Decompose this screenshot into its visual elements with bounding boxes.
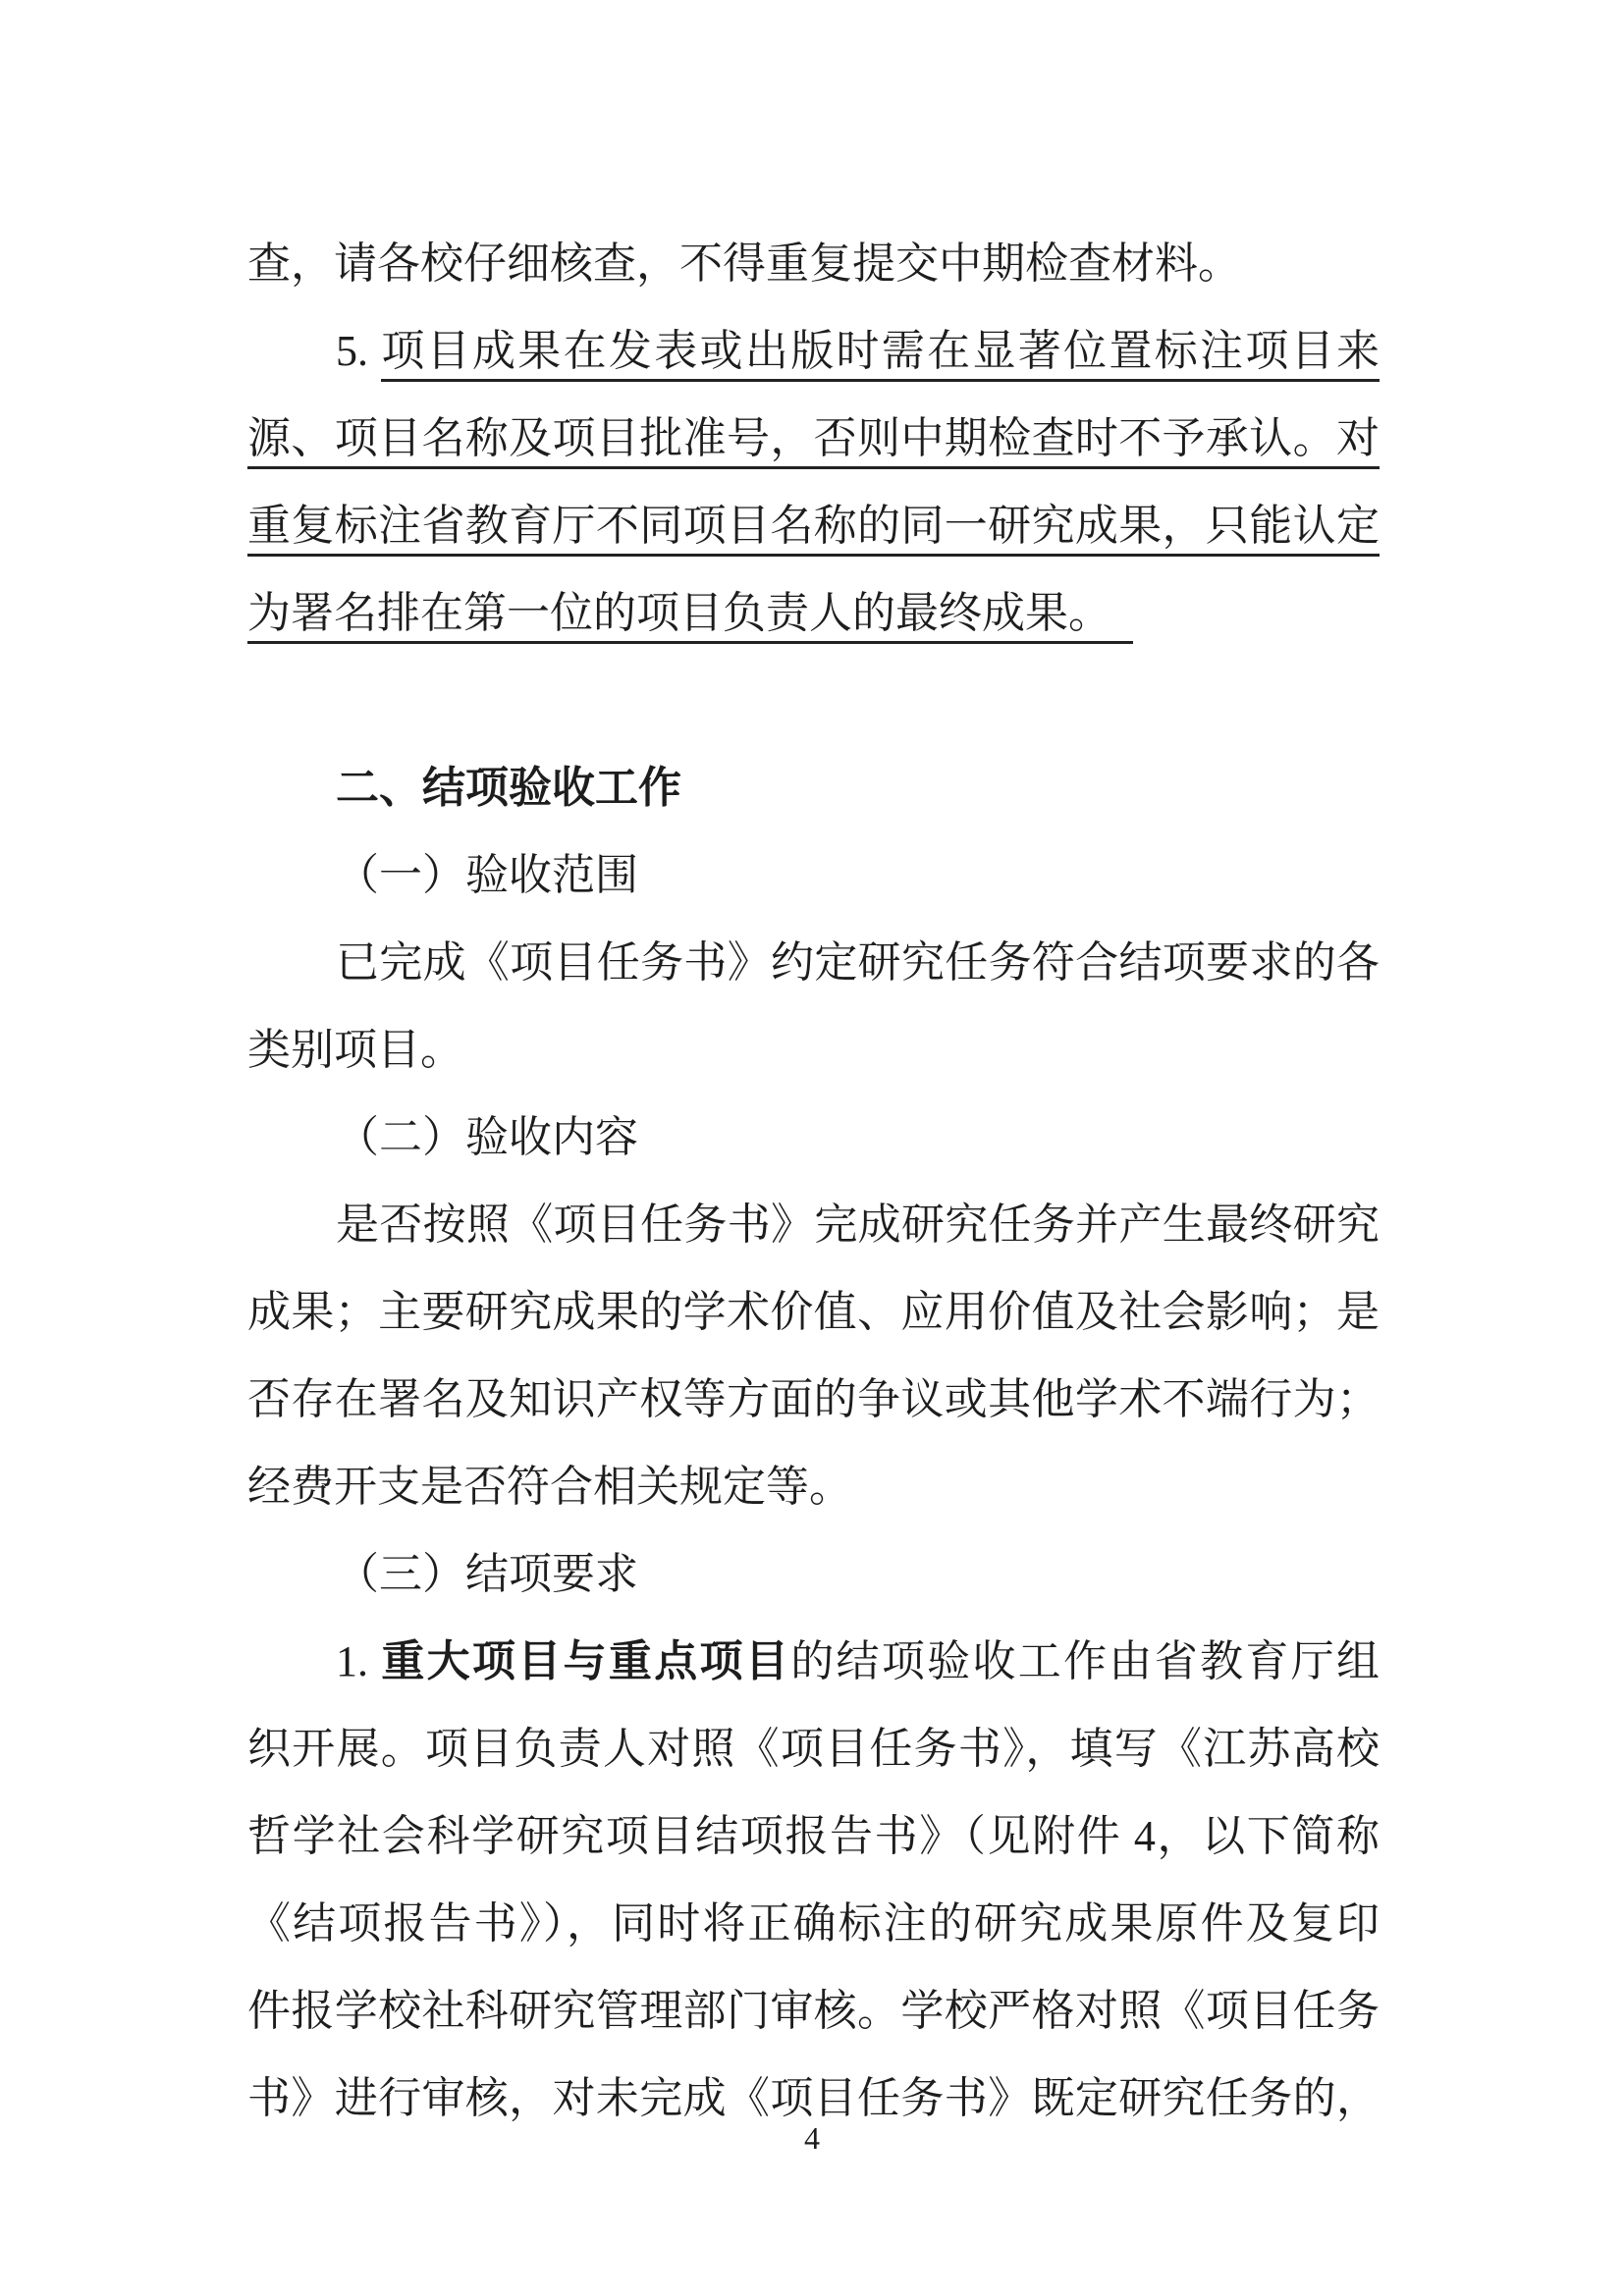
text-segment: 件报学校社科研究管理部门审核。学校严格对照《项目任务 [247,1987,1380,2035]
document-line: （二）验收内容 [247,1094,1380,1181]
text-segment: 的结项验收工作由省教育厅组 [790,1637,1380,1685]
section-heading: 二、结项验收工作 [247,744,1380,831]
document-line: （三）结项要求 [247,1530,1380,1618]
text-segment: 为署名排在第一位的项目负责人的最终成果。 [247,589,1090,644]
text-segment: 哲学社会科学研究项目结项报告书》（见附件 4，以下简称 [247,1812,1380,1860]
document-line: 重复标注省教育厅不同项目名称的同一研究成果，只能认定 [247,482,1380,569]
text-segment [1090,589,1133,644]
document-line: 查，请各校仔细核查，不得重复提交中期检查材料。 [247,220,1380,307]
blank-line [247,657,1380,744]
text-segment: 源、项目名称及项目批准号，否则中期检查时不予承认。对 [247,414,1380,469]
text-segment: 织开展。项目负责人对照《项目任务书》，填写《江苏高校 [247,1725,1380,1773]
text-segment: 重大项目与重点项目 [381,1637,790,1685]
text-segment: （三）结项要求 [336,1550,638,1598]
text-segment: 书》进行审核，对未完成《项目任务书》既定研究任务的， [247,2074,1380,2122]
document-line: 哲学社会科学研究项目结项报告书》（见附件 4，以下简称 [247,1792,1380,1880]
text-block: 查，请各校仔细核查，不得重复提交中期检查材料。5. 项目成果在发表或出版时需在显… [247,220,1380,2142]
document-line: 件报学校社科研究管理部门审核。学校严格对照《项目任务 [247,1967,1380,2055]
text-segment: 项目成果在发表或出版时需在显著位置标注项目来 [381,327,1380,382]
document-line: 织开展。项目负责人对照《项目任务书》，填写《江苏高校 [247,1705,1380,1792]
document-line: 为署名排在第一位的项目负责人的最终成果。 [247,569,1380,657]
text-segment: 是否按照《项目任务书》完成研究任务并产生最终研究 [336,1201,1380,1249]
text-segment: 二、结项验收工作 [336,764,681,812]
document-line: （一）验收范围 [247,831,1380,919]
document-line: 否存在署名及知识产权等方面的争议或其他学术不端行为； [247,1356,1380,1443]
document-line: 5. 项目成果在发表或出版时需在显著位置标注项目来 [247,307,1380,395]
text-segment: 查，请各校仔细核查，不得重复提交中期检查材料。 [247,240,1241,288]
page-number: 4 [0,2118,1624,2158]
text-segment: 已完成《项目任务书》约定研究任务符合结项要求的各 [336,938,1380,987]
document-line: 类别项目。 [247,1006,1380,1094]
text-segment: 类别项目。 [247,1026,463,1074]
text-segment: （一）验收范围 [336,851,638,899]
text-segment: 成果；主要研究成果的学术价值、应用价值及社会影响；是 [247,1288,1380,1336]
text-segment: 《结项报告书》），同时将正确标注的研究成果原件及复印 [247,1899,1380,1948]
document-page: 查，请各校仔细核查，不得重复提交中期检查材料。5. 项目成果在发表或出版时需在显… [0,0,1624,2296]
text-segment: 1. [336,1637,381,1685]
document-line: 是否按照《项目任务书》完成研究任务并产生最终研究 [247,1181,1380,1268]
document-line: 源、项目名称及项目批准号，否则中期检查时不予承认。对 [247,395,1380,482]
document-line: 已完成《项目任务书》约定研究任务符合结项要求的各 [247,919,1380,1006]
text-segment: （二）验收内容 [336,1113,638,1161]
text-segment: 5. [336,327,381,375]
document-line: 1. 重大项目与重点项目的结项验收工作由省教育厅组 [247,1618,1380,1705]
text-segment: 否存在署名及知识产权等方面的争议或其他学术不端行为； [247,1375,1380,1423]
text-segment: 重复标注省教育厅不同项目名称的同一研究成果，只能认定 [247,502,1380,557]
document-line: 经费开支是否符合相关规定等。 [247,1443,1380,1530]
document-line: 《结项报告书》），同时将正确标注的研究成果原件及复印 [247,1880,1380,1967]
document-line: 成果；主要研究成果的学术价值、应用价值及社会影响；是 [247,1268,1380,1356]
text-segment: 经费开支是否符合相关规定等。 [247,1463,852,1511]
